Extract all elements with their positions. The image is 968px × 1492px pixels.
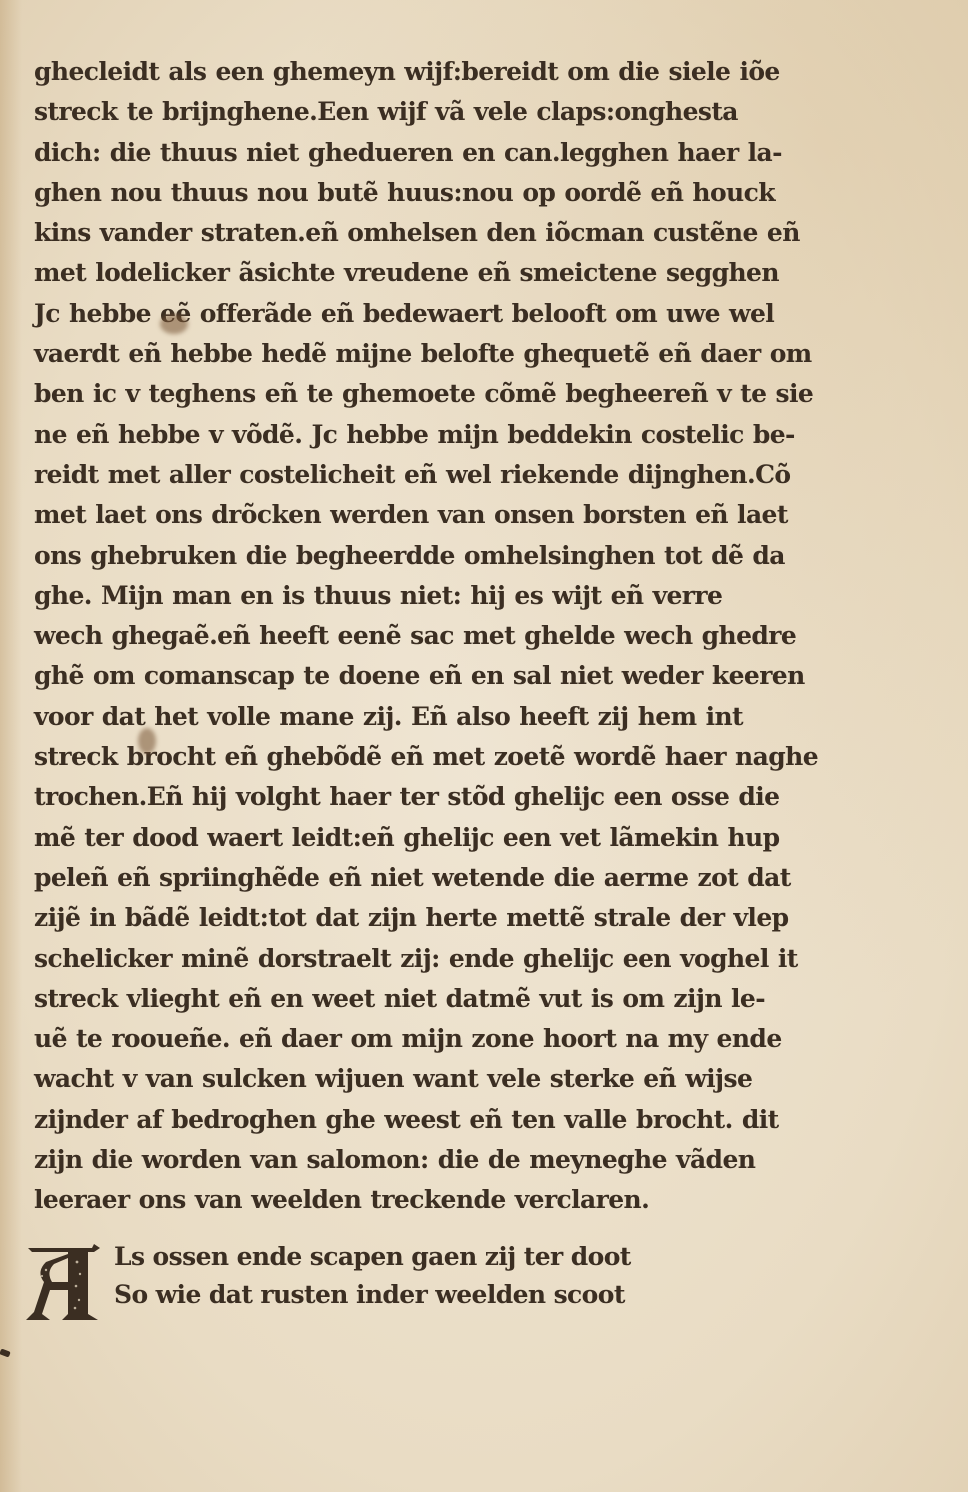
text-line: ghẽ om comanscap te doene eñ en sal niet… [34, 656, 774, 696]
text-line: zijn die worden van salomon: die de meyn… [34, 1140, 774, 1180]
verse-line: So wie dat rusten inder weelden scoot [114, 1276, 631, 1314]
text-line: ons ghebruken die begheerdde omhelsinghe… [34, 536, 774, 576]
verse-line: Ls ossen ende scapen gaen zij ter doot [114, 1238, 631, 1276]
text-line: peleñ eñ spriinghẽde eñ niet wetende die… [34, 858, 774, 898]
text-line: trochen.Eñ hij volght haer ter stõd ghel… [34, 777, 774, 817]
text-line: zijẽ in bãdẽ leidt:tot dat zijn herte me… [34, 898, 774, 938]
text-line: schelicker minẽ dorstraelt zij: ende ghe… [34, 939, 774, 979]
text-line: ghen nou thuus nou butẽ huus:nou op oord… [34, 173, 774, 213]
verse-lines: Ls ossen ende scapen gaen zij ter doot S… [114, 1238, 631, 1314]
gutter-shadow [0, 0, 22, 1492]
text-line: zijnder af bedroghen ghe weest eñ ten va… [34, 1100, 774, 1140]
text-line: ne eñ hebbe v võdẽ. Jc hebbe mijn beddek… [34, 415, 774, 455]
text-line: Jc hebbe eẽ offerãde eñ bedewaert beloof… [34, 294, 774, 334]
text-line: wech ghegaẽ.eñ heeft eenẽ sac met ghelde… [34, 616, 774, 656]
text-line: mẽ ter dood waert leidt:eñ ghelijc een v… [34, 818, 774, 858]
text-line: wacht v van sulcken wijuen want vele ste… [34, 1059, 774, 1099]
ink-stain [138, 728, 156, 754]
text-line: uẽ te rooueñe. eñ daer om mijn zone hoor… [34, 1019, 774, 1059]
text-line: met lodelicker ãsichte vreudene eñ smeic… [34, 253, 774, 293]
text-line: reidt met aller costelicheit eñ wel riek… [34, 455, 774, 495]
text-line: vaerdt eñ hebbe hedẽ mijne belofte ghequ… [34, 334, 774, 374]
text-line: dich: die thuus niet ghedueren en can.le… [34, 133, 774, 173]
text-line: streck vlieght eñ en weet niet datmẽ vut… [34, 979, 774, 1019]
text-line: streck te brijnghene.Een wijf vã vele cl… [34, 92, 774, 132]
body-text: ghecleidt als een ghemeyn wijf:bereidt o… [34, 52, 774, 1221]
book-page: ghecleidt als een ghemeyn wijf:bereidt o… [0, 0, 968, 1492]
ink-stain [160, 314, 188, 334]
text-line: leeraer ons van weelden treckende vercla… [34, 1180, 774, 1220]
decorated-initial-a-icon [22, 1242, 108, 1326]
text-line: ghe. Mijn man en is thuus niet: hij es w… [34, 576, 774, 616]
text-line: ghecleidt als een ghemeyn wijf:bereidt o… [34, 52, 774, 92]
text-line: kins vander straten.eñ omhelsen den iõcm… [34, 213, 774, 253]
text-line: met laet ons drõcken werden van onsen bo… [34, 495, 774, 535]
text-line: ben ic v teghens eñ te ghemoete cõmẽ beg… [34, 374, 774, 414]
